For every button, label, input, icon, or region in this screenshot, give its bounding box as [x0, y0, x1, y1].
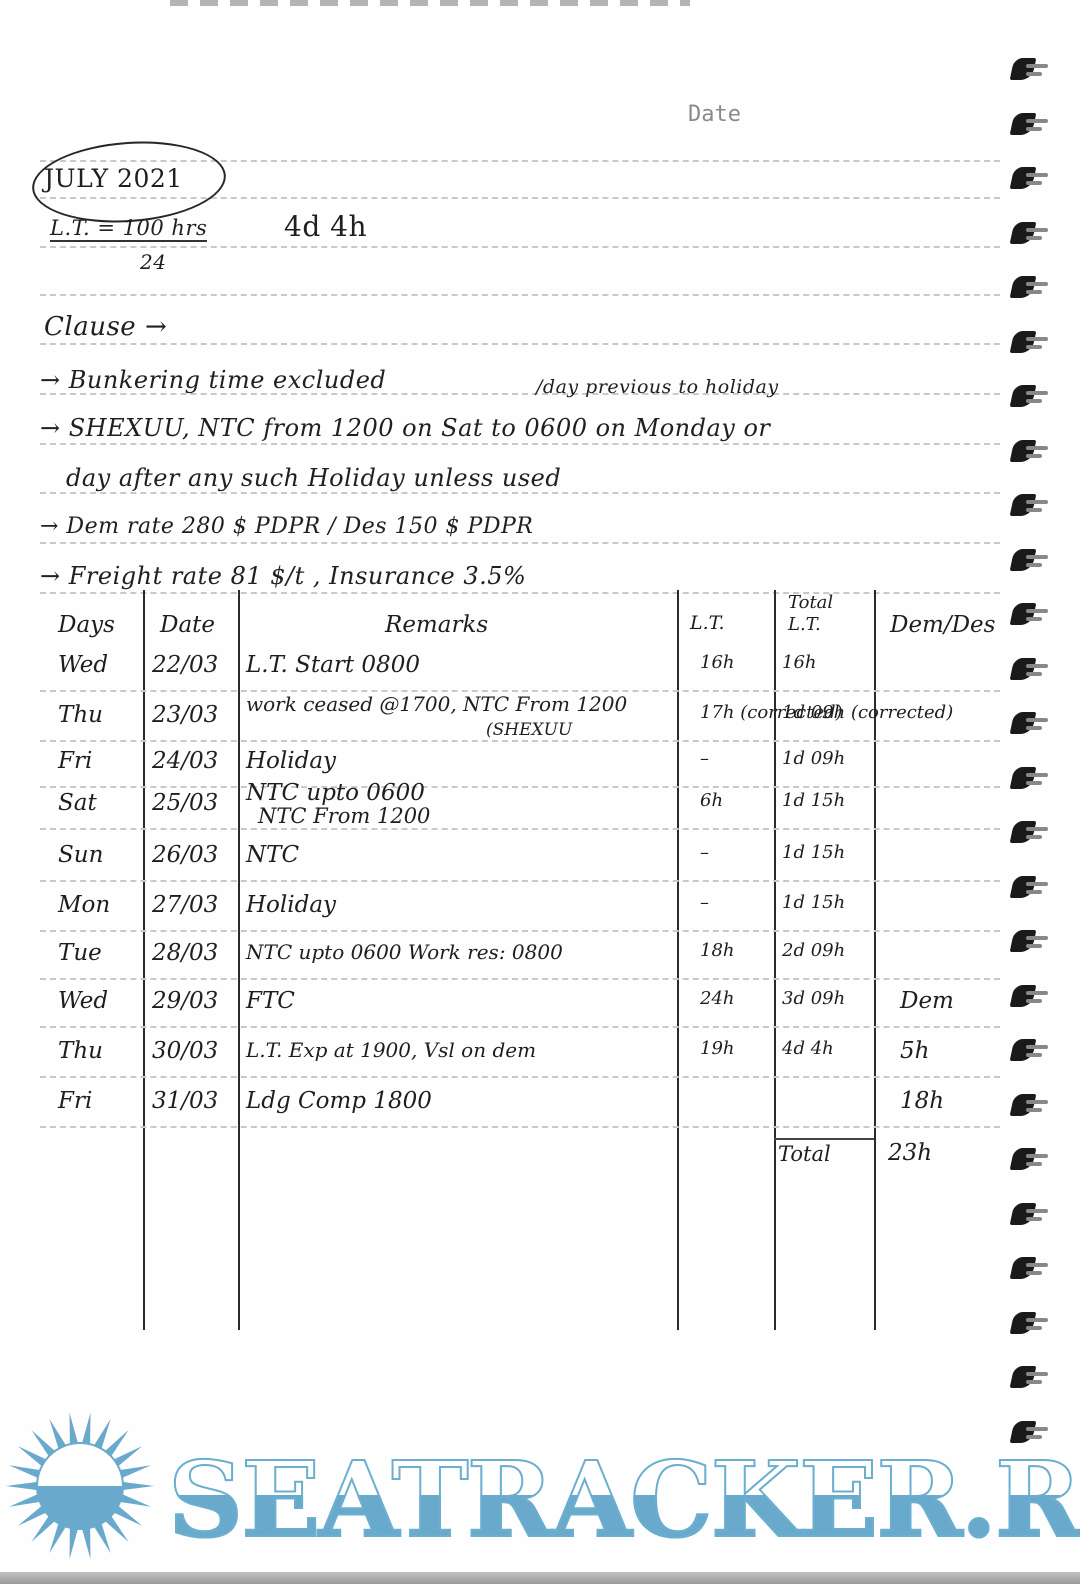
row-dem-des: 18h	[900, 1088, 944, 1114]
row-total-lt: 1d 09h (corrected)	[782, 702, 953, 723]
clauses-label: Clause →	[44, 312, 167, 342]
row-date: 29/03	[152, 988, 218, 1014]
spiral-coil	[1012, 767, 1048, 791]
row-date: 23/03	[152, 702, 218, 728]
table-row-line	[40, 828, 1000, 830]
header-dem-des: Dem/Des	[890, 612, 995, 638]
row-day: Fri	[58, 748, 92, 774]
spiral-coil	[1012, 58, 1048, 82]
spiral-coil	[1012, 440, 1048, 464]
row-total-lt: 1d 15h	[782, 790, 845, 811]
row-total-lt: 1d 15h	[782, 892, 845, 913]
ruled-line	[40, 246, 1000, 248]
clause-5: → Freight rate 81 $/t , Insurance 3.5%	[40, 562, 526, 590]
clause-2: → SHEXUU, NTC from 1200 on Sat to 0600 o…	[40, 414, 770, 442]
row-lt: –	[700, 748, 709, 769]
row-remarks: NTC upto 0600	[246, 780, 425, 806]
row-lt: –	[700, 892, 709, 913]
row-date: 30/03	[152, 1038, 218, 1064]
column-divider	[774, 590, 776, 1330]
row-lt: 24h	[700, 988, 735, 1009]
row-dem-des: 5h	[900, 1038, 929, 1064]
ruled-line	[40, 443, 1000, 445]
ruled-line	[40, 343, 1000, 345]
row-lt: 16h	[700, 652, 735, 673]
spiral-coil	[1012, 1039, 1048, 1063]
watermark-text: SEATRACKER.RU	[168, 1448, 1080, 1552]
header-lt: L.T.	[690, 612, 725, 634]
row-lt: 18h	[700, 940, 735, 961]
header-date: Date	[160, 612, 215, 638]
spiral-coil	[1012, 113, 1048, 137]
row-day: Sun	[58, 842, 103, 868]
table-row-line	[40, 1076, 1000, 1078]
header-days: Days	[58, 612, 115, 638]
row-day: Sat	[58, 790, 97, 816]
row-remarks-continued: NTC From 1200	[258, 804, 430, 828]
row-day: Thu	[58, 702, 103, 728]
row-day: Mon	[58, 892, 110, 918]
row-total-lt: 16h	[782, 652, 817, 673]
sun-icon	[0, 1410, 160, 1560]
header-total-lt: Total L.T.	[788, 592, 848, 636]
ruled-line	[40, 542, 1000, 544]
row-lt: 6h	[700, 790, 723, 811]
spiral-coil	[1012, 603, 1048, 627]
column-divider	[143, 590, 145, 1330]
row-date: 22/03	[152, 652, 218, 678]
spiral-coil	[1012, 1257, 1048, 1281]
spiral-coil	[1012, 1148, 1048, 1172]
spiral-coil	[1012, 385, 1048, 409]
table-row-line	[40, 1026, 1000, 1028]
row-total-lt: 1d 15h	[782, 842, 845, 863]
table-row-line	[40, 978, 1000, 980]
row-total-lt: 4d 4h	[782, 1038, 834, 1059]
spiral-coil	[1012, 1366, 1048, 1390]
total-value: 23h	[888, 1140, 932, 1166]
clause-3: day after any such Holiday unless used	[66, 464, 561, 492]
ruled-line	[40, 492, 1000, 494]
row-total-lt: 2d 09h	[782, 940, 845, 961]
spiral-coil	[1012, 276, 1048, 300]
spiral-coil	[1012, 167, 1048, 191]
notebook-page: Date JULY 2021 L.T. = 100 hrs 24 4d 4h C…	[0, 0, 1080, 1584]
spiral-coil	[1012, 222, 1048, 246]
row-day: Fri	[58, 1088, 92, 1114]
row-remarks: FTC	[246, 988, 295, 1014]
clause-4: → Dem rate 280 $ PDPR / Des 150 $ PDPR	[40, 514, 533, 539]
row-day: Wed	[58, 988, 108, 1014]
total-label: Total	[778, 1142, 831, 1166]
row-lt: –	[700, 842, 709, 863]
page-bottom-edge	[0, 1572, 1080, 1584]
column-divider	[238, 590, 240, 1330]
spiral-coil	[1012, 821, 1048, 845]
table-row-line	[40, 1126, 1000, 1128]
spiral-coil	[1012, 876, 1048, 900]
row-date: 28/03	[152, 940, 218, 966]
ruled-line	[40, 294, 1000, 296]
row-date: 26/03	[152, 842, 218, 868]
printed-date-label: Date	[688, 102, 741, 127]
row-remarks: work ceased @1700, NTC From 1200	[246, 692, 627, 716]
spiral-coil	[1012, 549, 1048, 573]
row-remarks: Ldg Comp 1800	[246, 1088, 432, 1114]
total-divider	[774, 1138, 874, 1140]
laytime-result: 4d 4h	[284, 210, 367, 243]
column-divider	[874, 590, 876, 1330]
row-day: Tue	[58, 940, 102, 966]
table-row-line	[40, 880, 1000, 882]
spiral-coil	[1012, 1094, 1048, 1118]
ruled-line	[40, 592, 1000, 594]
row-date: 27/03	[152, 892, 218, 918]
row-date: 24/03	[152, 748, 218, 774]
table-row-line	[40, 930, 1000, 932]
page-heading: JULY 2021	[44, 164, 183, 193]
spiral-coil	[1012, 1203, 1048, 1227]
laytime-divisor: 24	[140, 250, 166, 274]
row-date: 31/03	[152, 1088, 218, 1114]
laytime-expression: L.T. = 100 hrs	[50, 216, 207, 240]
spiral-coil	[1012, 331, 1048, 355]
row-day: Thu	[58, 1038, 103, 1064]
header-remarks: Remarks	[385, 612, 488, 638]
row-total-lt: 1d 09h	[782, 748, 845, 769]
row-remarks: NTC	[246, 842, 299, 868]
laytime-expression-text: L.T. = 100 hrs	[50, 216, 207, 242]
spiral-coil	[1012, 930, 1048, 954]
row-remarks: L.T. Start 0800	[246, 652, 420, 678]
column-divider	[677, 590, 679, 1330]
row-day: Wed	[58, 652, 108, 678]
table-row-line	[40, 740, 1000, 742]
row-remarks-continued: (SHEXUU	[486, 720, 572, 740]
row-remarks: Holiday	[246, 892, 336, 918]
row-remarks: NTC upto 0600 Work res: 0800	[246, 940, 563, 964]
spiral-coil	[1012, 985, 1048, 1009]
table-row-line	[40, 786, 1000, 788]
row-total-lt: 3d 09h	[782, 988, 845, 1009]
watermark: SEATRACKER.RU	[0, 1400, 1080, 1550]
clause-1: → Bunkering time excluded	[40, 366, 386, 394]
spiral-coil	[1012, 712, 1048, 736]
clause-insert: /day previous to holiday	[536, 376, 779, 398]
row-lt: 19h	[700, 1038, 735, 1059]
row-date: 25/03	[152, 790, 218, 816]
spiral-coil	[1012, 658, 1048, 682]
page-top-edge	[170, 0, 690, 6]
row-remarks: L.T. Exp at 1900, Vsl on dem	[246, 1038, 536, 1062]
row-dem-des: Dem	[900, 988, 954, 1014]
row-remarks: Holiday	[246, 748, 336, 774]
spiral-coil	[1012, 494, 1048, 518]
spiral-coil	[1012, 1312, 1048, 1336]
